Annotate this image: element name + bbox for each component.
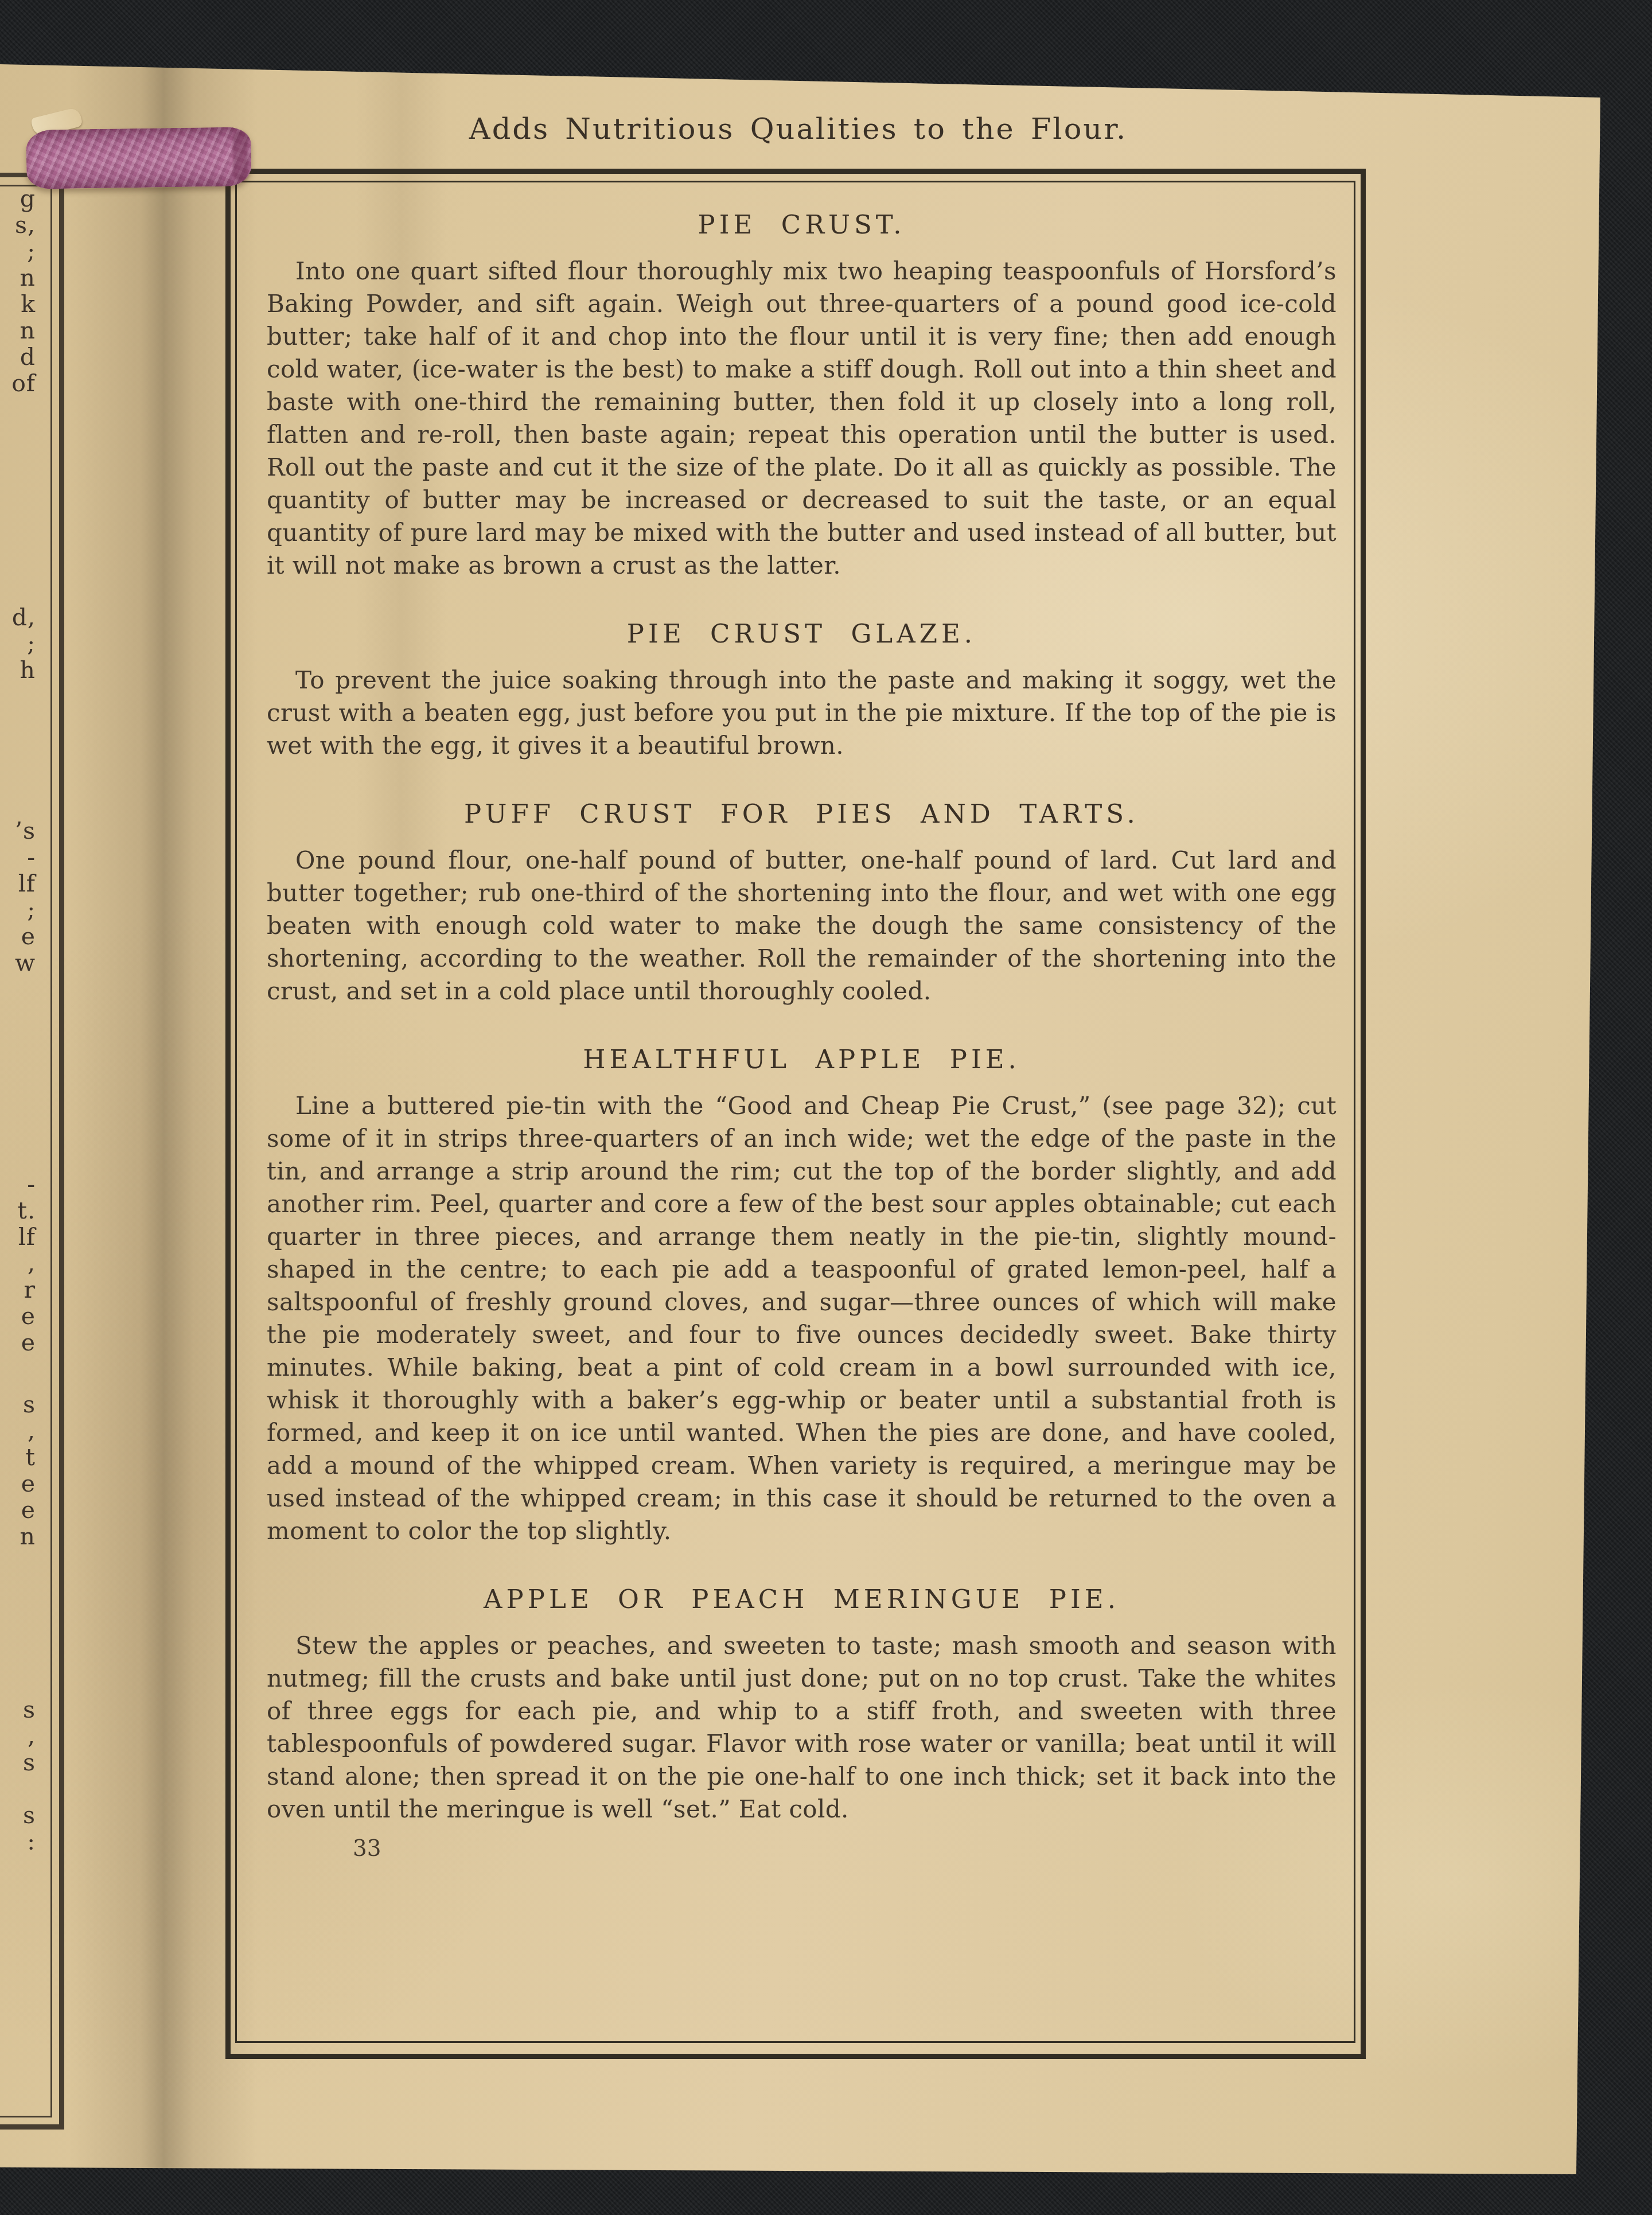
running-head: Adds Nutritious Qualities to the Flour. [225, 112, 1371, 146]
left-page-text-fragment: lf [18, 1223, 36, 1251]
left-page-border-rule [50, 185, 52, 2117]
left-page-text-fragment: , [28, 1249, 36, 1277]
recipe-section: PIE CRUST.Into one quart sifted flour th… [267, 209, 1337, 582]
book-pages: gs,;nkndofd,;h’s-lf;ew-t.lf,rees,teens,s… [0, 0, 1652, 2215]
left-page-text-fragment: s [23, 1749, 36, 1776]
section-title: APPLE OR PEACH MERINGUE PIE. [267, 1584, 1337, 1614]
page-frame: PIE CRUST.Into one quart sifted flour th… [225, 169, 1366, 2059]
left-page-text-fragment: ; [27, 896, 36, 924]
left-page-text-fragment: of [11, 369, 36, 397]
left-page-text-fragment: s [23, 1801, 36, 1829]
section-title: PIE CRUST. [267, 209, 1337, 240]
recipe-section: APPLE OR PEACH MERINGUE PIE.Stew the app… [267, 1584, 1337, 1825]
left-page-text-fragment: k [21, 290, 36, 318]
left-page-text-fragment: ’s [15, 817, 36, 844]
left-page-text-fragment: h [20, 656, 36, 684]
section-title: HEALTHFUL APPLE PIE. [267, 1044, 1337, 1075]
left-page-text-fragment: , [28, 1722, 36, 1750]
left-page-text-fragment: t. [17, 1197, 36, 1224]
left-page-text-fragment: ; [27, 630, 36, 657]
book-photo: gs,;nkndofd,;h’s-lf;ew-t.lf,rees,teens,s… [0, 0, 1652, 2215]
recipe-paragraph: Line a buttered pie-tin with the “Good a… [267, 1089, 1337, 1547]
recipe-sections: PIE CRUST.Into one quart sifted flour th… [267, 209, 1337, 1825]
recipe-paragraph: Into one quart sifted flour thoroughly m… [267, 255, 1337, 582]
left-page-text-fragment: d, [12, 604, 36, 631]
left-page-text-fragment: s [23, 1391, 36, 1418]
left-page-text-fragment: - [27, 843, 36, 871]
recipe-content: PIE CRUST.Into one quart sifted flour th… [267, 197, 1337, 1862]
recipe-section: PUFF CRUST FOR PIES AND TARTS.One pound … [267, 799, 1337, 1007]
left-page-text-fragment: t [26, 1443, 36, 1471]
left-page-text-fragment: w [15, 949, 36, 976]
left-page-text-fragment: r [24, 1276, 36, 1303]
left-page-text-fragment: e [21, 922, 36, 950]
left-page-text-fragment: - [27, 1170, 36, 1198]
left-page-text-fragment: s, [15, 211, 36, 239]
left-page-text-fragment: s [23, 1696, 36, 1723]
left-page-text-fragments: gs,;nkndofd,;h’s-lf;ew-t.lf,rees,teens,s… [0, 0, 38, 2215]
section-title: PIE CRUST GLAZE. [267, 618, 1337, 649]
recipe-paragraph: One pound flour, one-half pound of butte… [267, 844, 1337, 1007]
left-page-text-fragment: : [27, 1828, 36, 1855]
page-number: 33 [353, 1836, 1337, 1862]
left-page-text-fragment: e [21, 1329, 36, 1356]
left-page-border-rule [59, 176, 64, 2130]
left-page-text-fragment: e [21, 1302, 36, 1330]
left-page-text-fragment: n [20, 317, 36, 344]
left-page-text-fragment: lf [18, 870, 36, 897]
left-page-text-fragment: d [20, 343, 36, 371]
left-page-text-fragment: n [20, 1523, 36, 1550]
recipe-paragraph: Stew the apples or peaches, and sweeten … [267, 1629, 1337, 1825]
left-page-text-fragment: e [21, 1470, 36, 1497]
left-page-text-fragment: , [28, 1417, 36, 1445]
recipe-section: HEALTHFUL APPLE PIE.Line a buttered pie-… [267, 1044, 1337, 1547]
left-page-text-fragment: e [21, 1496, 36, 1524]
binding-ribbon [26, 127, 251, 189]
left-page-text-fragment: n [20, 264, 36, 291]
section-title: PUFF CRUST FOR PIES AND TARTS. [267, 799, 1337, 829]
recipe-section: PIE CRUST GLAZE.To prevent the juice soa… [267, 618, 1337, 762]
recipe-paragraph: To prevent the juice soaking through int… [267, 664, 1337, 762]
left-page-text-fragment: g [20, 185, 36, 212]
left-page-text-fragment: ; [27, 238, 36, 265]
